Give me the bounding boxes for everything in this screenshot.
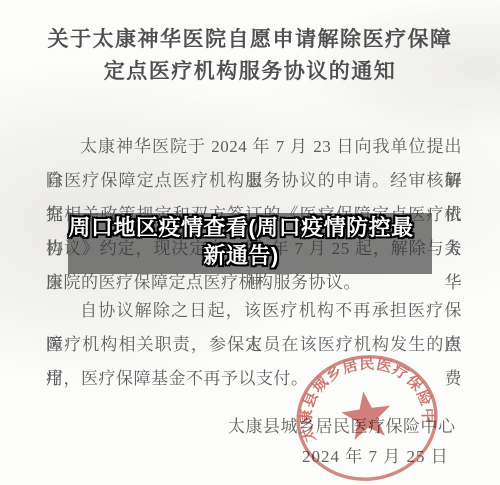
issue-date: 2024 年 7 月 25 日 — [302, 446, 449, 468]
notice-photo: 关于太康神华医院自愿申请解除医疗保障 定点医疗机构服务协议的通知 太康神华医院于… — [0, 0, 500, 485]
overlay-headline-line1: 周口地区疫情查看(周口疫情防控最 — [0, 214, 482, 242]
paragraph-1-line-2: 除医疗保障定点医疗机构服务协议的申请。经审核研究，依 — [46, 164, 462, 198]
document-title-line1: 关于太康神华医院自愿申请解除医疗保障 — [0, 23, 500, 55]
document-title-line2: 定点医疗机构服务协议的通知 — [0, 55, 500, 87]
overlay-headline-line2: 新通告) — [0, 242, 482, 270]
issuer-signature: 太康县城乡居民医疗保险中心 — [228, 416, 456, 438]
paragraph-2-line-2: 医疗机构相关职责，参保人员在该医疗机构发生的医疗费 — [46, 328, 462, 362]
overlay-headline: 周口地区疫情查看(周口疫情防控最 新通告) — [0, 214, 482, 270]
paragraph-1-line-1: 太康神华医院于 2024 年 7 月 23 日向我单位提出自愿解 — [46, 130, 462, 164]
paragraph-2: 自协议解除之日起，该医疗机构不再承担医疗保障定点 医疗机构相关职责，参保人员在该… — [46, 294, 462, 396]
document-title: 关于太康神华医院自愿申请解除医疗保障 定点医疗机构服务协议的通知 — [0, 23, 500, 87]
paragraph-2-line-1: 自协议解除之日起，该医疗机构不再承担医疗保障定点 — [46, 294, 462, 328]
